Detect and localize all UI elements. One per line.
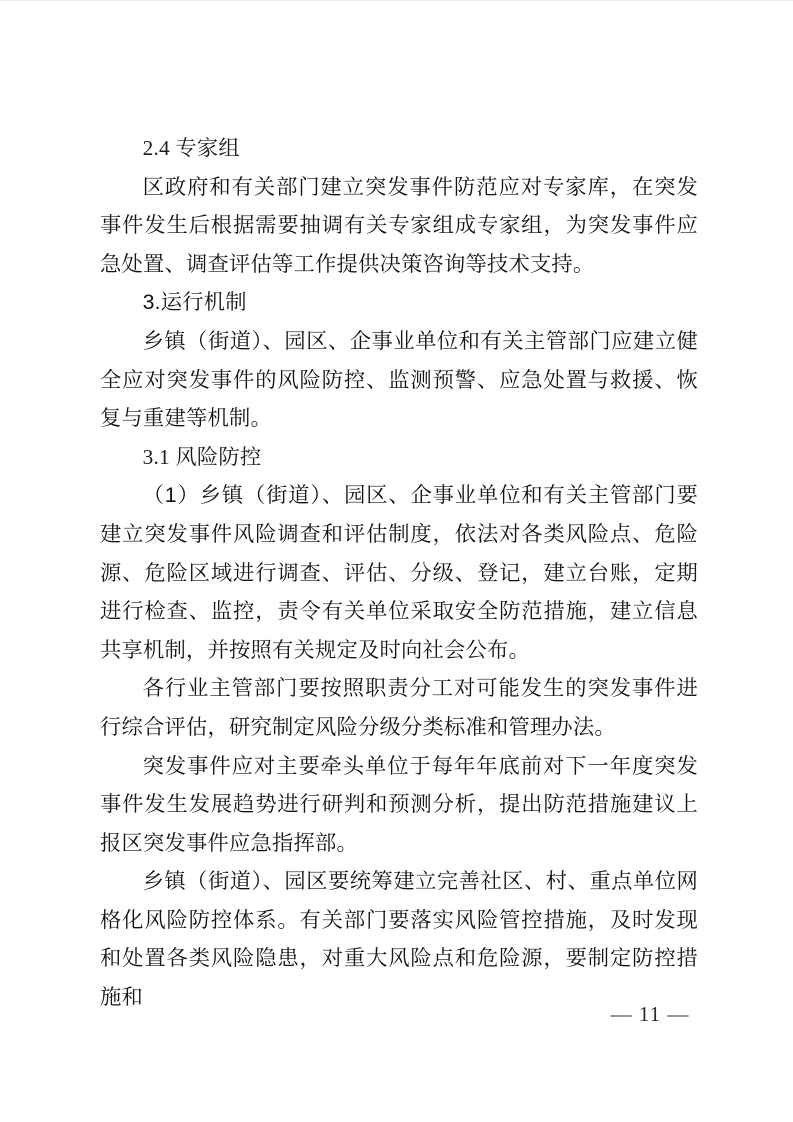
paragraph-industry-assessment: 各行业主管部门要按照职责分工对可能发生的突发事件进行综合评估，研究制定风险分级分…: [100, 669, 698, 746]
paragraph-grid-risk-control: 乡镇（街道）、园区要统筹建立完善社区、村、重点单位网格化风险防控体系。有关部门要…: [100, 862, 698, 1016]
document-page: 2.4 专家组 区政府和有关部门建立突发事件防范应对专家库，在突发事件发生后根据…: [0, 0, 793, 1122]
page-number: — 11 —: [585, 1001, 715, 1027]
document-body: 2.4 专家组 区政府和有关部门建立突发事件防范应对专家库，在突发事件发生后根据…: [100, 129, 698, 1017]
section-heading-2-4-expert-group: 2.4 专家组: [100, 129, 698, 168]
paragraph-expert-pool: 区政府和有关部门建立突发事件防范应对专家库，在突发事件发生后根据需要抽调有关专家…: [100, 168, 698, 284]
section-heading-3-operating-mechanism: 3.运行机制: [100, 283, 698, 322]
paragraph-annual-trend-analysis: 突发事件应对主要牵头单位于每年年底前对下一年度突发事件发生发展趋势进行研判和预测…: [100, 747, 698, 863]
section-heading-3-1-risk-prevention: 3.1 风险防控: [100, 438, 698, 477]
paragraph-mechanism-overview: 乡镇（街道）、园区、企事业单位和有关主管部门应建立健全应对突发事件的风险防控、监…: [100, 322, 698, 438]
paragraph-risk-survey-system: （1）乡镇（街道）、园区、企事业单位和有关主管部门要建立突发事件风险调查和评估制…: [100, 476, 698, 669]
